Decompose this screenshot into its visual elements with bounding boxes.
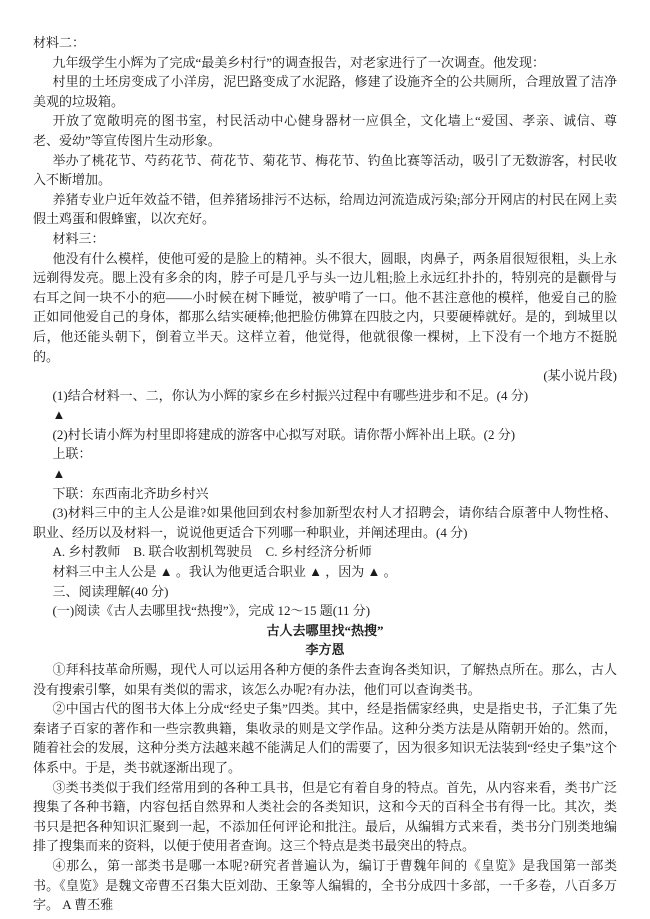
material-3-excerpt: 他没有什么模样，使他可爱的是脸上的精神。头不很大，圆眼，肉鼻子，两条眉很短很粗，… bbox=[33, 249, 617, 367]
article-author: 李方恩 bbox=[33, 640, 617, 660]
material-3-section: 材料三： 他没有什么模样，使他可爱的是脸上的精神。头不很大，圆眼，肉鼻子，两条眉… bbox=[33, 229, 617, 386]
couplet-lower-line: 下联：东西南北齐助乡村兴 bbox=[33, 484, 617, 504]
reading-section: 三、阅读理解(40 分) (一)阅读《古人去哪里找“热搜”》，完成 12～15 … bbox=[33, 582, 617, 915]
article-para-3: ③类书类似于我们经常用到的各种工具书，但是它有着自身的特点。首先，从内容来看，类… bbox=[33, 778, 617, 856]
material-3-source: (某小说片段) bbox=[33, 366, 617, 386]
material-2-section: 材料二： 九年级学生小辉为了完成“最美乡村行”的调查报告，对老家进行了一次调查。… bbox=[33, 33, 617, 229]
question-1: (1)结合材料一、二，你认为小辉的家乡在乡村振兴过程中有哪些进步和不足。(4 分… bbox=[33, 386, 617, 406]
article-title: 古人去哪里找“热搜” bbox=[33, 621, 617, 641]
exam-page: 材料二： 九年级学生小辉为了完成“最美乡村行”的调查报告，对老家进行了一次调查。… bbox=[0, 0, 650, 919]
questions-section: (1)结合材料一、二，你认为小辉的家乡在乡村振兴过程中有哪些进步和不足。(4 分… bbox=[33, 386, 617, 582]
material-2-finding-2: 开放了宽敞明亮的图书室，村民活动中心健身器材一应俱全，文化墙上“爱国、孝亲、诚信… bbox=[33, 111, 617, 150]
article-para-1: ①拜科技革命所赐，现代人可以运用各种方便的条件去查询各类知识，了解热点所在。那么… bbox=[33, 660, 617, 699]
material-2-finding-3: 举办了桃花节、芍药花节、荷花节、菊花节、梅花节、钓鱼比赛等活动，吸引了无数游客，… bbox=[33, 151, 617, 190]
reading-section-heading: 三、阅读理解(40 分) bbox=[33, 582, 617, 602]
material-2-finding-1: 村里的土坯房变成了小洋房，泥巴路变成了水泥路，修建了设施齐全的公共厕所，合理放置… bbox=[33, 72, 617, 111]
question-3-answer-line: 材料三中主人公是 ▲ 。我认为他更适合职业 ▲ ，因为 ▲ 。 bbox=[33, 562, 617, 582]
material-2-finding-4: 养猪专业户近年效益不错，但养猪场排污不达标，给周边河流造成污染;部分开网店的村民… bbox=[33, 190, 617, 229]
reading-part1-instruction: (一)阅读《古人去哪里找“热搜”》，完成 12～15 题(11 分) bbox=[33, 601, 617, 621]
answer-triangle-1: ▲ bbox=[33, 405, 617, 425]
material-3-label: 材料三： bbox=[33, 229, 617, 249]
couplet-upper-label: 上联： bbox=[33, 444, 617, 464]
material-2-intro: 九年级学生小辉为了完成“最美乡村行”的调查报告，对老家进行了一次调查。他发现： bbox=[33, 53, 617, 73]
answer-triangle-2: ▲ bbox=[33, 464, 617, 484]
question-2: (2)村长请小辉为村里即将建成的游客中心拟写对联。请你帮小辉补出上联。(2 分) bbox=[33, 425, 617, 445]
question-3: (3)材料三中的主人公是谁?如果他回到农村参加新型农村人才招聘会，请你结合原著中… bbox=[33, 503, 617, 542]
article-para-2: ②中国古代的图书大体上分成“经史子集”四类。其中，经是指儒家经典，史是指史书，子… bbox=[33, 699, 617, 777]
material-2-label: 材料二： bbox=[33, 33, 617, 53]
question-3-options: A. 乡村教师 B. 联合收割机驾驶员 C. 乡村经济分析师 bbox=[33, 542, 617, 562]
article-para-4: ④那么，第一部类书是哪一本呢?研究者普遍认为，编订于曹魏年间的《皇览》是我国第一… bbox=[33, 856, 617, 915]
